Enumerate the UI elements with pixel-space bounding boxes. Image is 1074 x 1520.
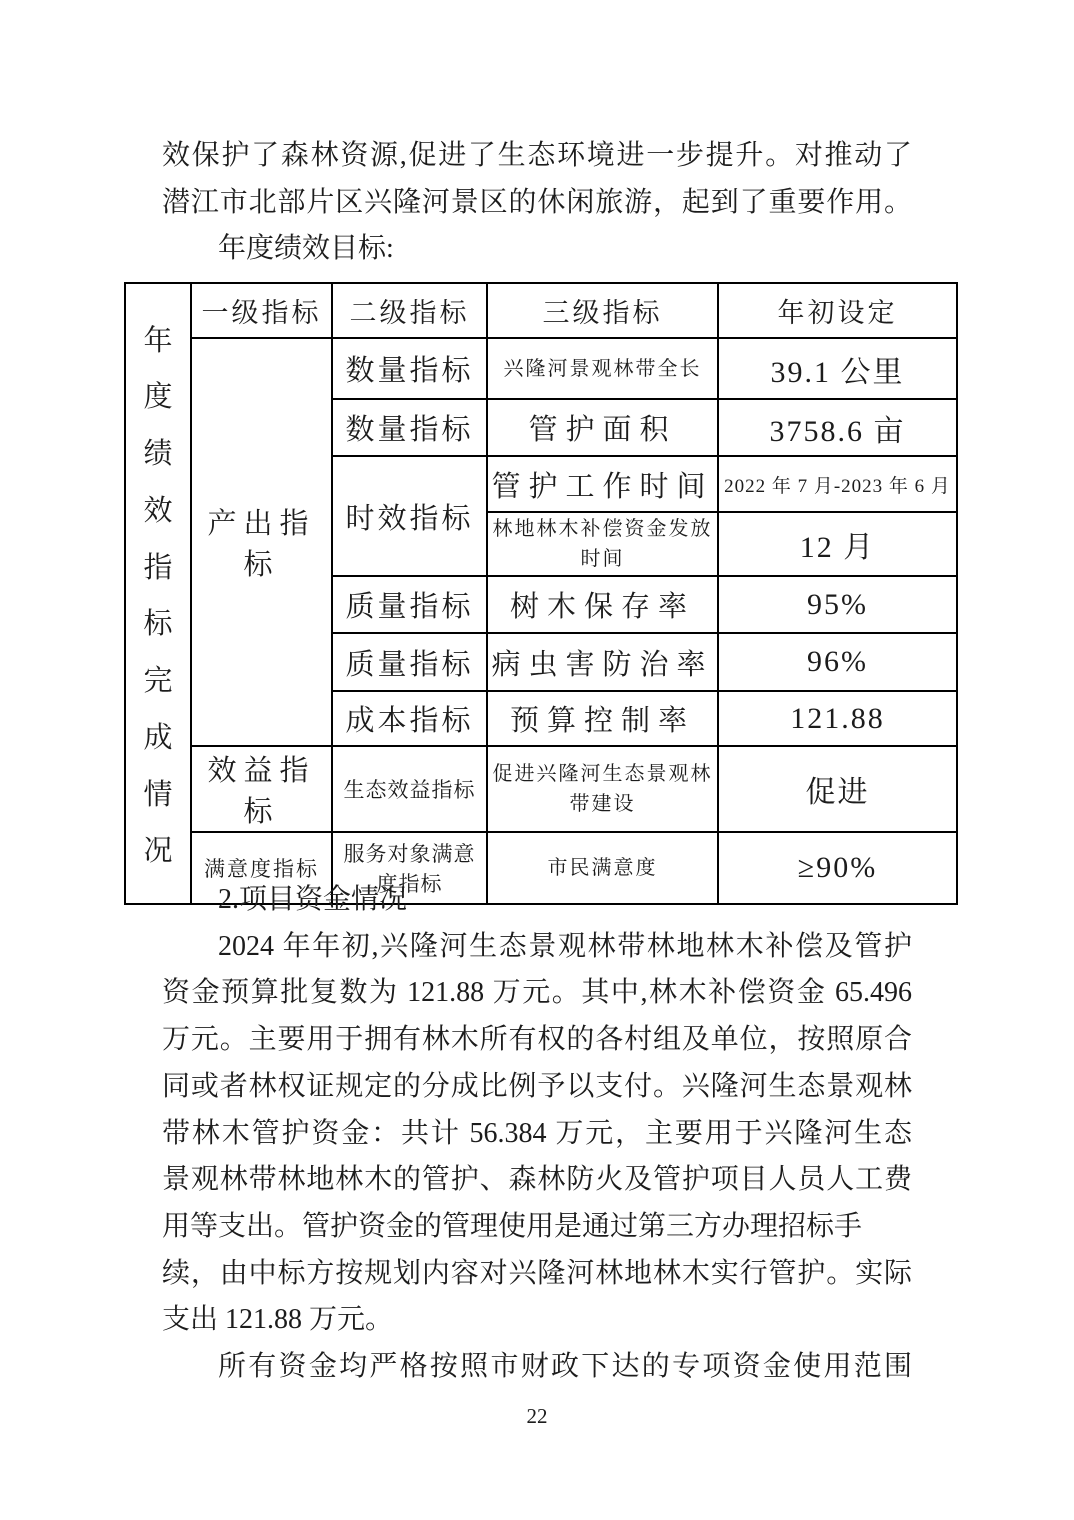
text-line: 景观林带林地林木的管护、森林防火及管护项目人员人工费 (162, 1157, 912, 1204)
side-char: 成 (143, 715, 172, 756)
funding-section: 2.项目资金情况 2024 年年初,兴隆河生态景观林带林地林木补偿及管护 资金预… (162, 877, 912, 1391)
side-char: 度 (143, 374, 172, 415)
text-line: 所有资金均严格按照市财政下达的专项资金使用范围 (162, 1344, 912, 1391)
performance-table: 年 度 绩 效 指 标 完 成 情 况 一级指标 二级指标 三级指标 年初设定 (124, 282, 958, 905)
section-heading: 2.项目资金情况 (162, 877, 912, 924)
level2-cell: 数量指标 (332, 399, 487, 456)
target-cell: 121.88 (718, 691, 957, 746)
col-header-target: 年初设定 (718, 283, 957, 338)
level1-group-cell: 效益指标 (191, 746, 332, 832)
table-row: 效益指标 生态效益指标 促进兴隆河生态景观林带建设 促进 (125, 746, 957, 832)
page-number: 22 (0, 1404, 1074, 1429)
document-page: 效保护了森林资源,促进了生态环境进一步提升。对推动了 潜江市北部片区兴隆河景区的… (0, 0, 1074, 1520)
target-cell: 2022 年 7 月-2023 年 6 月 (718, 456, 957, 512)
col-header-level3: 三级指标 (487, 283, 718, 338)
level3-cell: 林地林木补偿资金发放时间 (487, 512, 718, 576)
level2-cell: 生态效益指标 (332, 746, 487, 832)
level2-cell: 时效指标 (332, 456, 487, 576)
text-line: 支出 121.88 万元。 (162, 1297, 912, 1344)
side-char: 效 (143, 488, 172, 529)
target-cell: 39.1 公里 (718, 338, 957, 399)
side-char: 标 (143, 601, 172, 642)
text-line: 万元。主要用于拥有林木所有权的各村组及单位，按照原合 (162, 1017, 912, 1064)
level3-cell: 管护工作时间 (487, 456, 718, 512)
text-line: 用等支出。管护资金的管理使用是通过第三方办理招标手 (162, 1204, 912, 1251)
side-char: 指 (143, 545, 172, 586)
target-cell: 95% (718, 576, 957, 633)
level2-cell: 成本指标 (332, 691, 487, 746)
level3-cell: 树木保存率 (487, 576, 718, 633)
text-line: 潜江市北部片区兴隆河景区的休闲旅游，起到了重要作用。 (162, 180, 912, 227)
side-char: 情 (143, 772, 172, 813)
level3-cell: 预算控制率 (487, 691, 718, 746)
table-side-header: 年 度 绩 效 指 标 完 成 情 况 (125, 283, 191, 904)
level2-cell: 质量指标 (332, 633, 487, 691)
table-header-row: 年 度 绩 效 指 标 完 成 情 况 一级指标 二级指标 三级指标 年初设定 (125, 283, 957, 338)
table-row: 产出指标 数量指标 兴隆河景观林带全长 39.1 公里 (125, 338, 957, 399)
text-line: 资金预算批复数为 121.88 万元。其中,林木补偿资金 65.496 (162, 970, 912, 1017)
col-header-level2: 二级指标 (332, 283, 487, 338)
level1-group-cell: 产出指标 (191, 338, 332, 746)
target-cell: 3758.6 亩 (718, 399, 957, 456)
target-cell: 96% (718, 633, 957, 691)
intro-paragraph: 效保护了森林资源,促进了生态环境进一步提升。对推动了 潜江市北部片区兴隆河景区的… (162, 133, 912, 273)
level3-cell: 兴隆河景观林带全长 (487, 338, 718, 399)
text-line: 续，由中标方按规划内容对兴隆河林地林木实行管护。实际 (162, 1251, 912, 1298)
text-line: 2024 年年初,兴隆河生态景观林带林地林木补偿及管护 (162, 924, 912, 971)
target-cell: 12 月 (718, 512, 957, 576)
col-header-level1: 一级指标 (191, 283, 332, 338)
text-line: 同或者林权证规定的分成比例予以支付。兴隆河生态景观林 (162, 1064, 912, 1111)
level3-cell: 管护面积 (487, 399, 718, 456)
target-cell: 促进 (718, 746, 957, 832)
side-char: 绩 (143, 431, 172, 472)
level2-cell: 数量指标 (332, 338, 487, 399)
side-char: 完 (143, 658, 172, 699)
level3-cell: 促进兴隆河生态景观林带建设 (487, 746, 718, 832)
level3-cell: 病虫害防治率 (487, 633, 718, 691)
annual-target-label: 年度绩效目标: (162, 226, 912, 273)
text-line: 效保护了森林资源,促进了生态环境进一步提升。对推动了 (162, 133, 912, 180)
text-line: 带林木管护资金：共计 56.384 万元，主要用于兴隆河生态 (162, 1111, 912, 1158)
side-char: 年 (143, 318, 172, 359)
level2-cell: 质量指标 (332, 576, 487, 633)
side-char: 况 (143, 828, 172, 869)
